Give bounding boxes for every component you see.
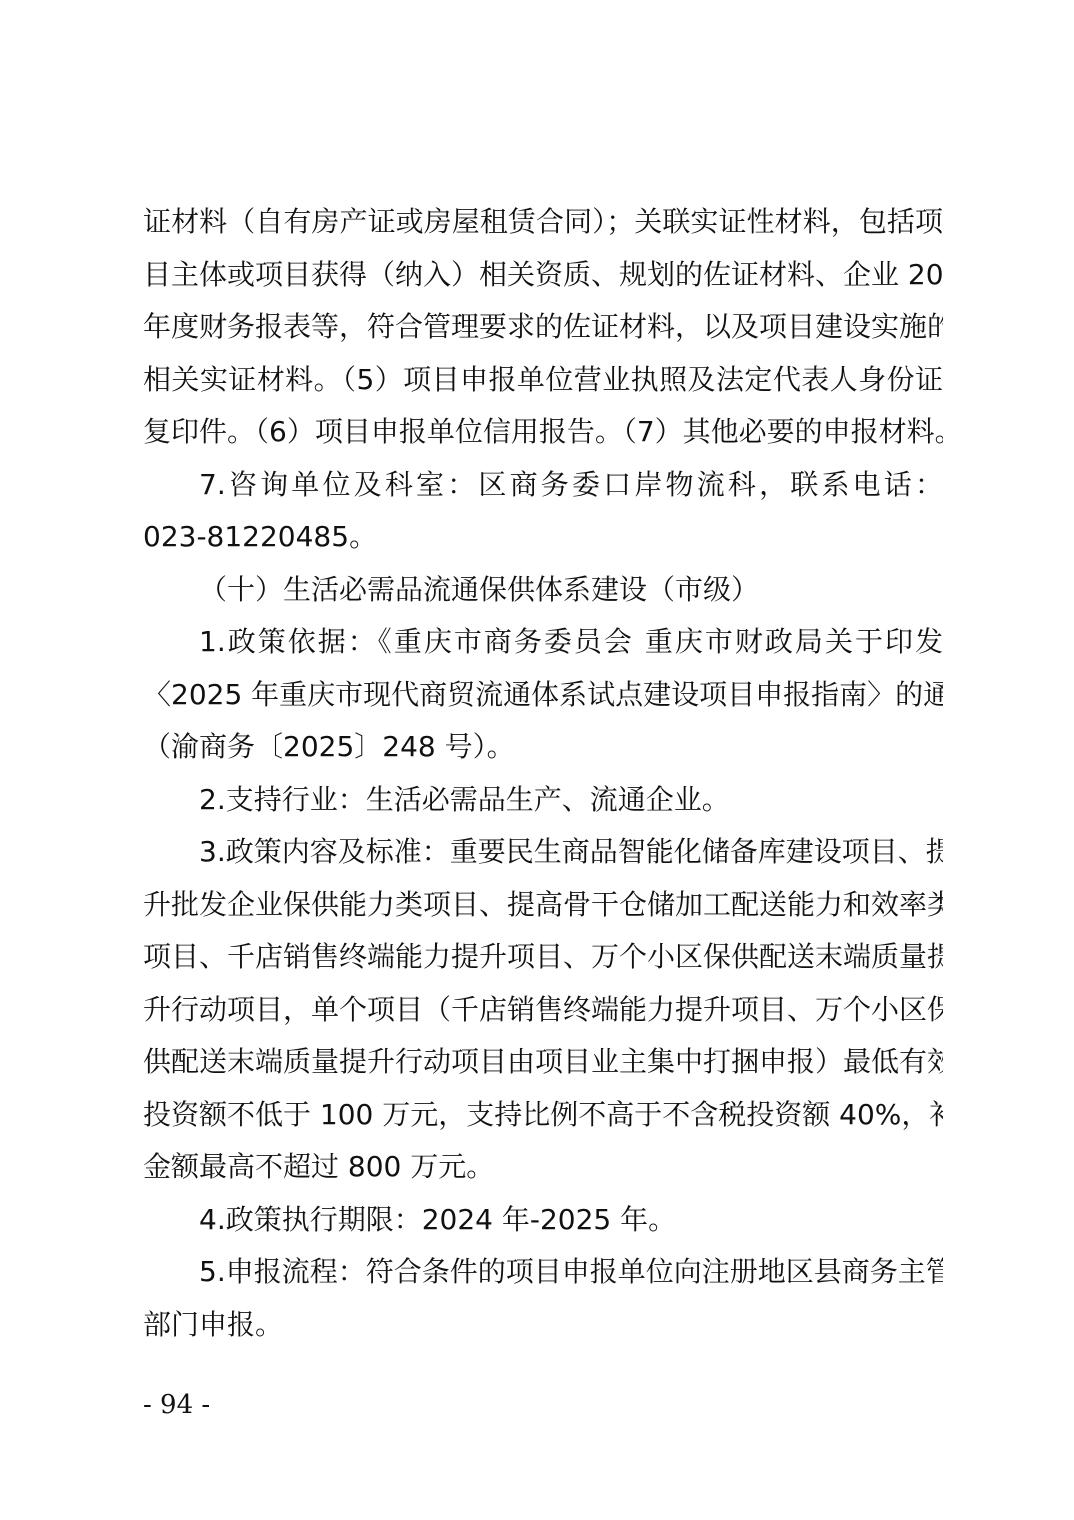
text-line: 投资额不低于 100 万元，支持比例不高于不含税投资额 40%，补贴: [143, 1089, 943, 1142]
consult-contact-line: 7.咨询单位及科室：区商务委口岸物流科，联系电话：: [143, 459, 943, 512]
section-heading: （十）生活必需品流通保供体系建设（市级）: [143, 564, 943, 617]
text-line: 项目、千店销售终端能力提升项目、万个小区保供配送末端质量提: [143, 931, 943, 984]
policy-basis-line: 1.政策依据：《重庆市商务委员会 重庆市财政局关于印发: [143, 616, 943, 669]
phone-number-line: 023-81220485。: [143, 511, 943, 564]
text-line: 相关实证材料。（5）项目申报单位营业执照及法定代表人身份证: [143, 354, 943, 407]
text-line: 升批发企业保供能力类项目、提高骨干仓储加工配送能力和效率类: [143, 879, 943, 932]
supported-industry-line: 2.支持行业：生活必需品生产、流通企业。: [143, 774, 943, 827]
text-line: 升行动项目，单个项目（千店销售终端能力提升项目、万个小区保: [143, 984, 943, 1037]
policy-period-line: 4.政策执行期限：2024 年-2025 年。: [143, 1194, 943, 1247]
text-line: 证材料（自有房产证或房屋租赁合同）；关联实证性材料，包括项: [143, 196, 943, 249]
text-line: 部门申报。: [143, 1299, 943, 1352]
policy-content-line: 3.政策内容及标准：重要民生商品智能化储备库建设项目、提: [143, 826, 943, 879]
text-line: 〈2025 年重庆市现代商贸流通体系试点建设项目申报指南〉的通知》: [143, 669, 943, 722]
text-line: 供配送末端质量提升行动项目由项目业主集中打捆申报）最低有效: [143, 1036, 943, 1089]
page-number: - 94 -: [143, 1390, 210, 1420]
text-line: 复印件。（6）项目申报单位信用报告。（7）其他必要的申报材料。: [143, 406, 943, 459]
text-line: 年度财务报表等，符合管理要求的佐证材料，以及项目建设实施的: [143, 301, 943, 354]
application-process-line: 5.申报流程：符合条件的项目申报单位向注册地区县商务主管: [143, 1246, 943, 1299]
text-line: 目主体或项目获得（纳入）相关资质、规划的佐证材料、企业 2024: [143, 249, 943, 302]
document-body: 证材料（自有房产证或房屋租赁合同）；关联实证性材料，包括项 目主体或项目获得（纳…: [143, 196, 943, 1351]
text-line: 金额最高不超过 800 万元。: [143, 1141, 943, 1194]
text-line: （渝商务〔2025〕248 号）。: [143, 721, 943, 774]
